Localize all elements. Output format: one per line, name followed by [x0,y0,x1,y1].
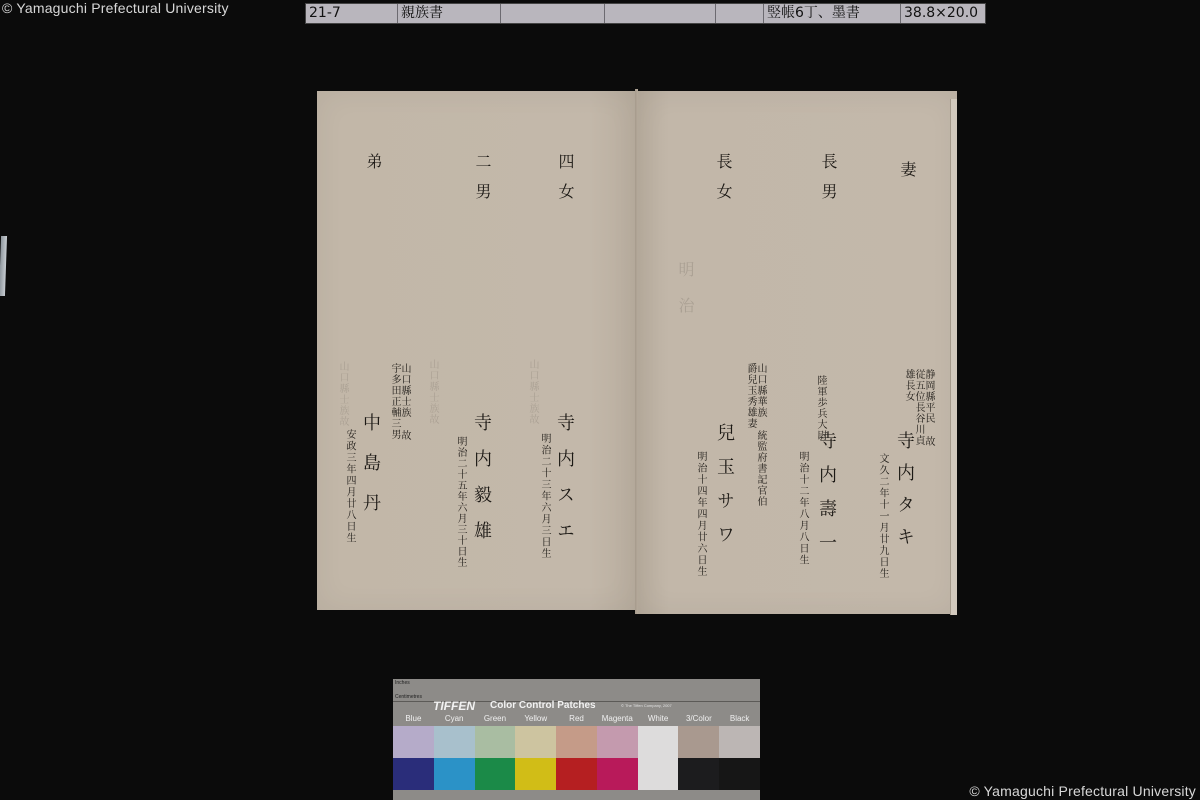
patch-label-cyan: Cyan [434,714,475,723]
empty-cell-2 [605,4,716,23]
note-younger-brother: 山口縣士族 故宇多田正輔三男 [383,363,409,443]
copyright-watermark-top: © Yamaguchi Prefectural University [2,0,229,16]
patch-cyan-dark [434,758,475,790]
patch-green-light [475,726,516,758]
heading-fourth-daughter: 四女 [557,153,573,213]
patch-3color-light [678,726,719,758]
color-control-chart: Inches Centimetres TIFFEN Color Control … [393,679,760,800]
patch-magenta-dark [597,758,638,790]
empty-cell-3 [716,4,764,23]
heading-younger-brother: 弟 [365,153,381,189]
patch-yellow-light [515,726,556,758]
patch-magenta-light [597,726,638,758]
patch-black-light [719,726,760,758]
name-younger-brother: 中島丹 [361,413,379,533]
edge-artifact [0,236,7,296]
date-eldest-son: 明治十二年八月八日生 [797,451,807,566]
name-eldest-son: 寺内壽一 [817,431,835,567]
patch-label-red: Red [556,714,597,723]
date-younger-brother: 安政三年四月廿八日生 [344,429,354,544]
date-wife: 文久二年十一月廿九日生 [877,453,887,580]
note-eldest-daughter: 山口縣華族 統監府書記官伯爵兒玉秀雄妻 [739,363,765,513]
copyright-watermark-bottom: © Yamaguchi Prefectural University [969,783,1196,799]
name-second-son: 寺内毅雄 [472,413,490,557]
patch-yellow-dark [515,758,556,790]
catalog-number-cell: 21-7 [306,4,398,23]
patch-label-magenta: Magenta [597,714,638,723]
chart-copyright: © The Tiffen Company, 2007 [621,703,672,708]
patch-cyan-light [434,726,475,758]
patch-label-white: White [638,714,679,723]
right-page: 明治 長女 山口縣華族 統監府書記官伯爵兒玉秀雄妻 兒玉サワ 明治十四年四月廿六… [637,91,957,614]
dimensions-cell: 38.8×20.0 [901,4,985,23]
patch-label-black: Black [719,714,760,723]
patch-label-yellow: Yellow [515,714,556,723]
patch-label-green: Green [475,714,516,723]
patch-label-3color: 3/Color [678,714,719,723]
chart-title: Color Control Patches [490,700,596,711]
date-eldest-daughter: 明治十四年四月廿六日生 [695,451,705,578]
patch-red-dark [556,758,597,790]
date-second-son: 明治二十五年六月三十日生 [455,436,465,568]
book-spine [635,89,638,614]
empty-cell-1 [501,4,605,23]
name-wife: 寺内タキ [895,431,913,559]
name-fourth-daughter: 寺内スエ [555,413,573,557]
patch-black-dark [719,758,760,790]
patch-green-dark [475,758,516,790]
patch-white [638,726,679,790]
ruler-inches-label: Inches [395,680,410,686]
heading-wife: 妻 [899,161,915,197]
patch-3color-dark [678,758,719,790]
metadata-table: 21-7 親族書 竪帳6丁、墨書 38.8×20.0 [305,3,986,24]
heading-second-son: 二男 [474,153,490,213]
open-document-book: 山口縣士族故 山口縣士族故 山口縣士族故 弟 山口縣士族 故宇多田正輔三男 中島… [317,89,962,617]
heading-eldest-son: 長男 [820,153,836,213]
format-cell: 竪帳6丁、墨書 [764,4,901,23]
date-fourth-daughter: 明治二十三年六月三日生 [539,433,549,560]
page-edge [950,99,957,615]
left-page: 山口縣士族故 山口縣士族故 山口縣士族故 弟 山口縣士族 故宇多田正輔三男 中島… [317,91,637,610]
tiffen-logo: TIFFEN [433,699,475,713]
name-eldest-daughter: 兒玉サワ [715,423,733,559]
patch-label-blue: Blue [393,714,434,723]
patch-red-light [556,726,597,758]
heading-eldest-daughter: 長女 [715,153,731,213]
document-title-cell: 親族書 [398,4,501,23]
patch-blue-dark [393,758,434,790]
patch-blue-light [393,726,434,758]
